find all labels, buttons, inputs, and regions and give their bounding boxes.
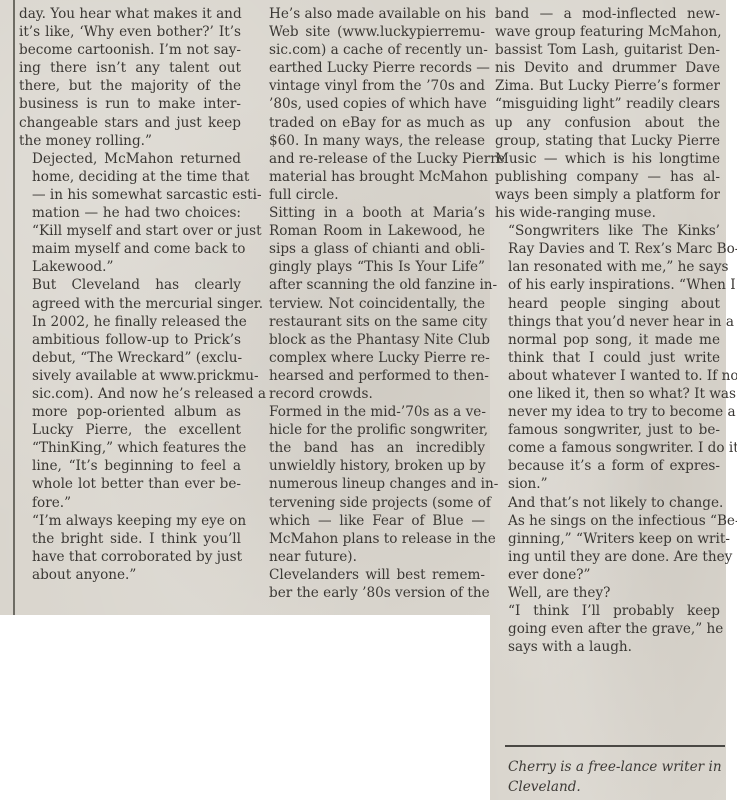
article-line: wave group featuring McMahon, (495, 23, 720, 41)
article-line: Lucky Pierre, the excellent (19, 421, 241, 439)
article-line: sively available at www.prickmu- (19, 367, 241, 385)
article-line: famous songwriter, just to be- (495, 421, 720, 439)
article-line: hicle for the prolific songwriter, (256, 421, 485, 439)
article-line: day. You hear what makes it and (19, 5, 241, 23)
article-line: agreed with the mercurial singer. (19, 295, 241, 313)
article-line: He’s also made available on his (256, 5, 485, 23)
article-line: publishing company — has al- (495, 168, 720, 186)
byline-divider (505, 745, 725, 747)
article-line: near future). (256, 548, 485, 566)
article-line: normal pop song, it made me (495, 331, 720, 349)
article-line: heard people singing about (495, 295, 720, 313)
article-line: have that corroborated by just (19, 548, 241, 566)
article-paragraph: Dejected, McMahon returnedhome, deciding… (19, 150, 241, 277)
article-paragraph: “Songwriters like The Kinks’Ray Davies a… (495, 222, 720, 493)
article-line: come a famous songwriter. I do it (495, 439, 720, 457)
article-line: going even after the grave,” he (495, 620, 720, 638)
article-paragraph: day. You hear what makes it andit’s like… (19, 5, 241, 150)
article-line: block as the Phantasy Nite Club (256, 331, 485, 349)
article-line: Music — which is his longtime (495, 150, 720, 168)
article-line: unwieldly history, broken up by (256, 457, 485, 475)
article-column-1: day. You hear what makes it andit’s like… (19, 5, 241, 584)
article-line: home, deciding at the time that (19, 168, 241, 186)
article-line: Lakewood.” (19, 258, 241, 276)
article-line: tervening side projects (some of (256, 494, 485, 512)
article-line: vintage vinyl from the ’70s and (256, 77, 485, 95)
article-line: ing there isn’t any talent out (19, 59, 241, 77)
article-line: terview. Not coincidentally, the (256, 295, 485, 313)
article-line: never my idea to try to become a (495, 403, 720, 421)
article-line: ways been simply a platform for (495, 186, 720, 204)
article-line: Clevelanders will best remem- (256, 566, 485, 584)
article-line: complex where Lucky Pierre re- (256, 349, 485, 367)
article-line: But Cleveland has clearly (19, 276, 241, 294)
article-line: — in his somewhat sarcastic esti- (19, 186, 241, 204)
article-line: band — a mod-inflected new- (495, 5, 720, 23)
byline-line: Cleveland. (508, 777, 723, 797)
article-paragraph: Clevelanders will best remem-ber the ear… (256, 566, 485, 602)
article-line: “Kill myself and start over or just (19, 222, 241, 240)
byline-line: Cherry is a free-lance writer in (508, 757, 723, 777)
article-line: one liked it, then so what? It was (495, 385, 720, 403)
article-line: “I think I’ll probably keep (495, 602, 720, 620)
article-line: mation — he had two choices: (19, 204, 241, 222)
article-paragraph: And that’s not likely to change.As he si… (495, 494, 720, 584)
article-line: up any confusion about the (495, 114, 720, 132)
article-line: sips a glass of chianti and obli- (256, 240, 485, 258)
article-line: lan resonated with me,” he says (495, 258, 720, 276)
article-line: Ray Davies and T. Rex’s Marc Bo- (495, 240, 720, 258)
article-line: bassist Tom Lash, guitarist Den- (495, 41, 720, 59)
article-line: line, “It’s beginning to feel a (19, 457, 241, 475)
article-line: ber the early ’80s version of the (256, 584, 485, 602)
article-line: group, stating that Lucky Pierre (495, 132, 720, 150)
article-line: earthed Lucky Pierre records — (256, 59, 485, 77)
article-line: Roman Room in Lakewood, he (256, 222, 485, 240)
article-line: his wide-ranging muse. (495, 204, 720, 222)
article-line: material has brought McMahon (256, 168, 485, 186)
article-line: ambitious follow-up to Prick’s (19, 331, 241, 349)
article-line: says with a laugh. (495, 638, 720, 656)
article-line: ’80s, used copies of which have (256, 95, 485, 113)
article-line: of his early inspirations. “When I (495, 276, 720, 294)
article-line: Well, are they? (495, 584, 720, 602)
article-line: McMahon plans to release in the (256, 530, 485, 548)
article-paragraph: Sitting in a booth at Maria’sRoman Room … (256, 204, 485, 403)
article-paragraph: “I think I’ll probably keepgoing even af… (495, 602, 720, 656)
author-byline: Cherry is a free-lance writer in Clevela… (508, 757, 723, 797)
article-line: business is run to make inter- (19, 95, 241, 113)
article-line: which — like Fear of Blue — (256, 512, 485, 530)
article-line: “I’m always keeping my eye on (19, 512, 241, 530)
article-column-3: band — a mod-inflected new-wave group fe… (495, 5, 720, 656)
article-paragraph: Formed in the mid-’70s as a ve-hicle for… (256, 403, 485, 566)
article-line: numerous lineup changes and in- (256, 475, 485, 493)
article-line: $60. In many ways, the release (256, 132, 485, 150)
article-paragraph: He’s also made available on hisWeb site … (256, 5, 485, 204)
article-line: it’s like, ‘Why even bother?’ It’s (19, 23, 241, 41)
article-line: and re-release of the Lucky Pierre (256, 150, 485, 168)
article-line: fore.” (19, 494, 241, 512)
article-line: there, but the majority of the (19, 77, 241, 95)
left-margin-rule (13, 0, 15, 615)
article-line: more pop-oriented album as (19, 403, 241, 421)
article-line: because it’s a form of expres- (495, 457, 720, 475)
article-line: “misguiding light” readily clears (495, 95, 720, 113)
article-line: Web site (www.luckypierremu- (256, 23, 485, 41)
article-line: nis Devito and drummer Dave (495, 59, 720, 77)
article-line: restaurant sits on the same city (256, 313, 485, 331)
article-line: become cartoonish. I’m not say- (19, 41, 241, 59)
article-line: Zima. But Lucky Pierre’s former (495, 77, 720, 95)
article-line: the money rolling.” (19, 132, 241, 150)
article-line: As he sings on the infectious “Be- (495, 512, 720, 530)
article-line: changeable stars and just keep (19, 114, 241, 132)
article-line: the bright side. I think you’ll (19, 530, 241, 548)
article-line: about anyone.” (19, 566, 241, 584)
article-column-2: He’s also made available on hisWeb site … (256, 5, 485, 602)
article-line: think that I could just write (495, 349, 720, 367)
article-line: And that’s not likely to change. (495, 494, 720, 512)
article-line: record crowds. (256, 385, 485, 403)
article-line: ever done?” (495, 566, 720, 584)
article-line: In 2002, he finally released the (19, 313, 241, 331)
article-paragraph: Well, are they? (495, 584, 720, 602)
article-paragraph: band — a mod-inflected new-wave group fe… (495, 5, 720, 222)
article-line: full circle. (256, 186, 485, 204)
article-line: maim myself and come back to (19, 240, 241, 258)
article-line: Sitting in a booth at Maria’s (256, 204, 485, 222)
article-line: hearsed and performed to then- (256, 367, 485, 385)
article-line: sic.com) a cache of recently un- (256, 41, 485, 59)
article-line: whole lot better than ever be- (19, 475, 241, 493)
article-line: “Songwriters like The Kinks’ (495, 222, 720, 240)
article-line: gingly plays “This Is Your Life” (256, 258, 485, 276)
article-line: the band has an incredibly (256, 439, 485, 457)
article-line: things that you’d never hear in a (495, 313, 720, 331)
article-paragraph: But Cleveland has clearlyagreed with the… (19, 276, 241, 511)
article-line: after scanning the old fanzine in- (256, 276, 485, 294)
article-line: sion.” (495, 475, 720, 493)
article-line: debut, “The Wreckard” (exclu- (19, 349, 241, 367)
article-line: ing until they are done. Are they (495, 548, 720, 566)
article-line: ginning,” “Writers keep on writ- (495, 530, 720, 548)
article-line: traded on eBay for as much as (256, 114, 485, 132)
article-line: about whatever I wanted to. If no (495, 367, 720, 385)
article-line: Formed in the mid-’70s as a ve- (256, 403, 485, 421)
article-line: “ThinKing,” which features the (19, 439, 241, 457)
article-line: Dejected, McMahon returned (19, 150, 241, 168)
article-paragraph: “I’m always keeping my eye onthe bright … (19, 512, 241, 584)
article-line: sic.com). And now he’s released a (19, 385, 241, 403)
